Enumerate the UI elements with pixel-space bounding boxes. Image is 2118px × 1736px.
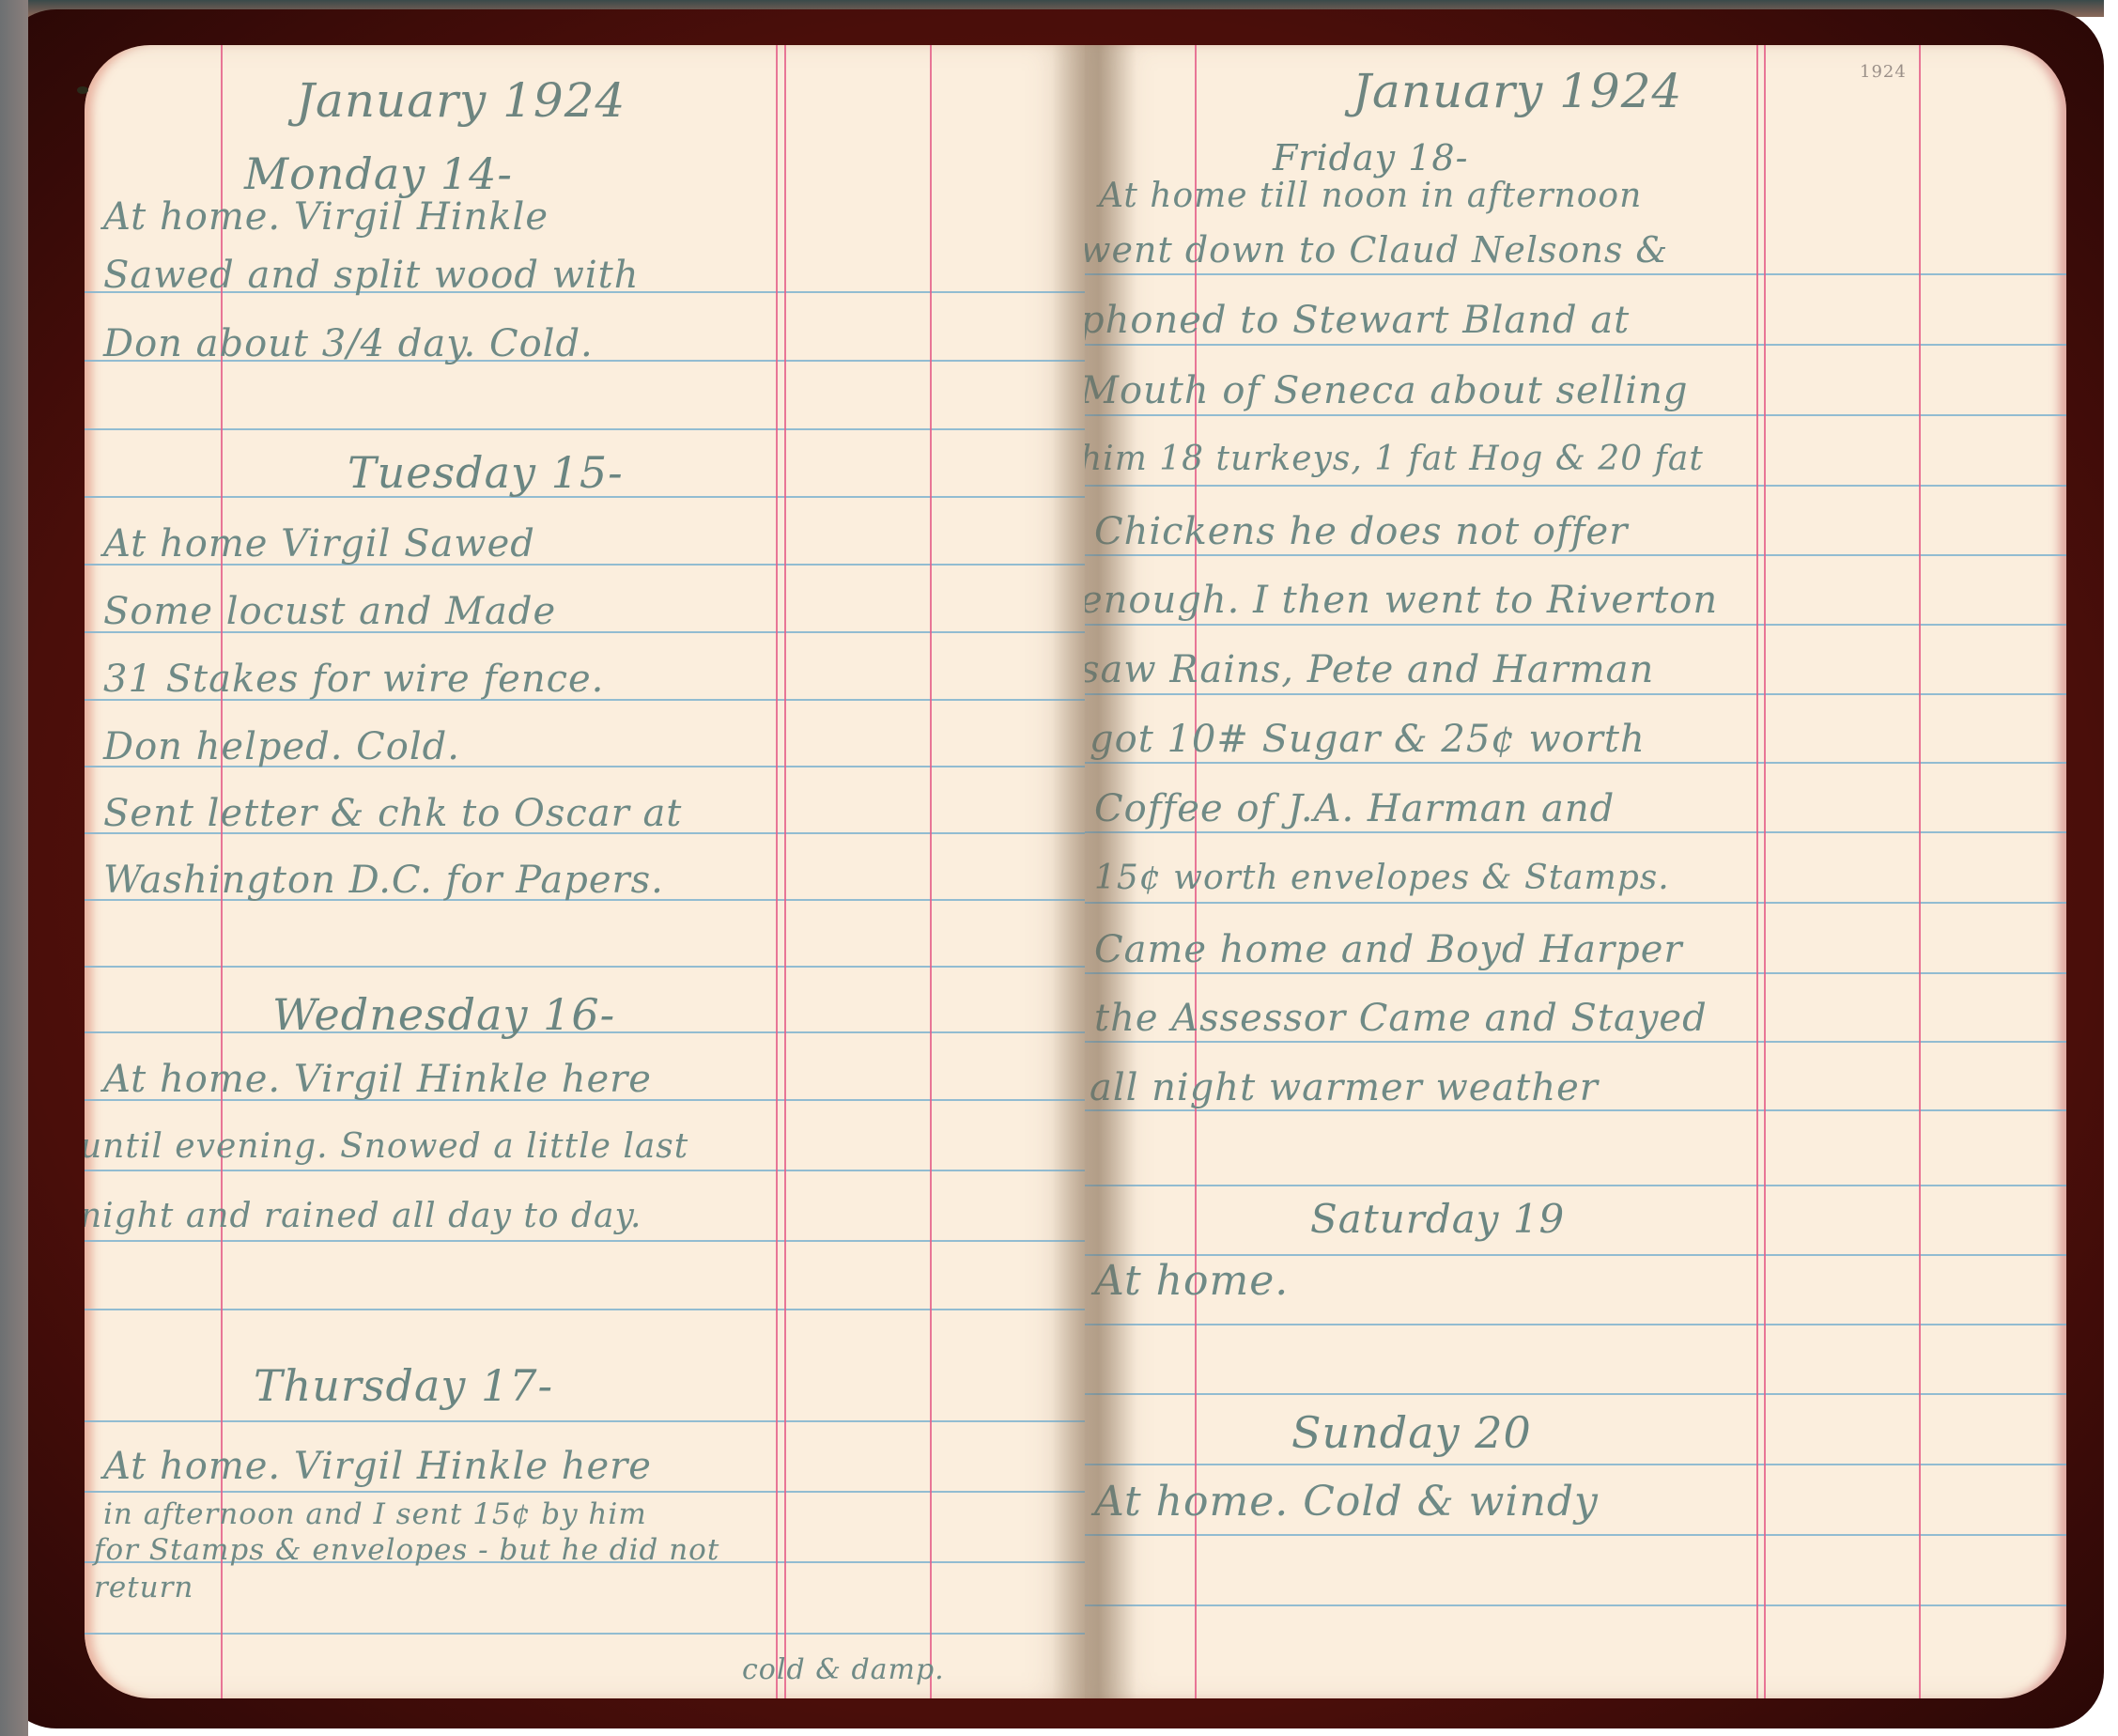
ruled-line (85, 1420, 1085, 1422)
entry-line: At home Virgil Sawed (103, 522, 535, 566)
ruled-line (85, 1240, 1085, 1242)
entry-line: saw Rains, Pete and Harman (1085, 648, 1654, 691)
entry-line: phoned to Stewart Bland at (1085, 299, 1630, 342)
entry-line: night and rained all day to day. (85, 1197, 642, 1235)
entry-day-heading: Friday 18- (1273, 137, 1468, 178)
page-header-date: January 1924 (296, 73, 626, 128)
entry-day-heading: Sunday 20 (1291, 1407, 1532, 1458)
margin-line (776, 45, 778, 1698)
entry-line: until evening. Snowed a little last (85, 1127, 688, 1166)
entry-line: went down to Claud Nelsons & (1085, 229, 1668, 271)
entry-line: for Stamps & envelopes - but he did not (94, 1533, 719, 1567)
entry-line: got 10# Sugar & 25¢ worth (1090, 718, 1646, 761)
margin-line (1756, 45, 1758, 1698)
entry-line: 15¢ worth envelopes & Stamps. (1094, 859, 1670, 897)
entry-line: At home. Virgil Hinkle here (103, 1445, 652, 1488)
ruled-line (85, 1309, 1085, 1310)
ruled-line (85, 1491, 1085, 1493)
entry-day-heading: Monday 14- (244, 148, 513, 199)
margin-line (1919, 45, 1921, 1698)
entry-day-heading: Tuesday 15- (348, 447, 624, 498)
entry-line: in afternoon and I sent 15¢ by him (103, 1497, 647, 1531)
entry-line: return (94, 1571, 193, 1604)
entry-line: Coffee of J.A. Harman and (1094, 787, 1615, 830)
ruled-line (85, 1633, 1085, 1635)
entry-line: Sawed and split wood with (103, 254, 640, 297)
entry-line: Came home and Boyd Harper (1094, 928, 1683, 971)
margin-line (784, 45, 786, 1698)
ruled-line (85, 1170, 1085, 1171)
entry-line: At home. (1094, 1257, 1289, 1305)
entry-line: Don about 3/4 day. Cold. (103, 322, 594, 365)
entry-line: him 18 turkeys, 1 fat Hog & 20 fat (1085, 440, 1704, 478)
right-page: January 1924 1924 Friday 18- At home til… (1085, 45, 2066, 1698)
entry-line: enough. I then went to Riverton (1085, 579, 1718, 622)
ruled-line (85, 966, 1085, 968)
binding-hole (77, 86, 88, 94)
entry-line: 31 Stakes for wire fence. (103, 658, 604, 701)
page-header-date: January 1924 (1353, 64, 1682, 118)
entry-day-heading: Saturday 19 (1310, 1196, 1565, 1242)
entry-line: At home. Virgil Hinkle here (103, 1058, 652, 1101)
entry-line: At home. Cold & windy (1094, 1478, 1599, 1526)
left-page: January 1924 Monday 14- At home. Virgil … (85, 45, 1085, 1698)
entry-line: all night warmer weather (1090, 1066, 1599, 1109)
margin-line (930, 45, 932, 1698)
entry-line: At home. Virgil Hinkle (103, 195, 549, 239)
entry-line: Chickens he does not offer (1094, 510, 1628, 553)
entry-line: the Assessor Came and Stayed (1094, 997, 1708, 1040)
weather-note: cold & damp. (742, 1653, 945, 1686)
entry-day-heading: Wednesday 16- (272, 989, 615, 1040)
entry-line: Sent letter & chk to Oscar at (103, 792, 682, 835)
entry-line: Don helped. Cold. (103, 725, 460, 768)
entry-line: At home till noon in afternoon (1099, 177, 1642, 215)
cover-edge (0, 0, 28, 1736)
entry-day-heading: Thursday 17- (254, 1360, 553, 1411)
entry-line: Mouth of Seneca about selling (1085, 369, 1688, 412)
entry-line: Some locust and Made (103, 590, 556, 633)
ruled-line (85, 428, 1085, 430)
corner-mark: 1924 (1860, 62, 1907, 82)
entry-line: Washington D.C. for Papers. (103, 859, 664, 902)
margin-line (1764, 45, 1766, 1698)
